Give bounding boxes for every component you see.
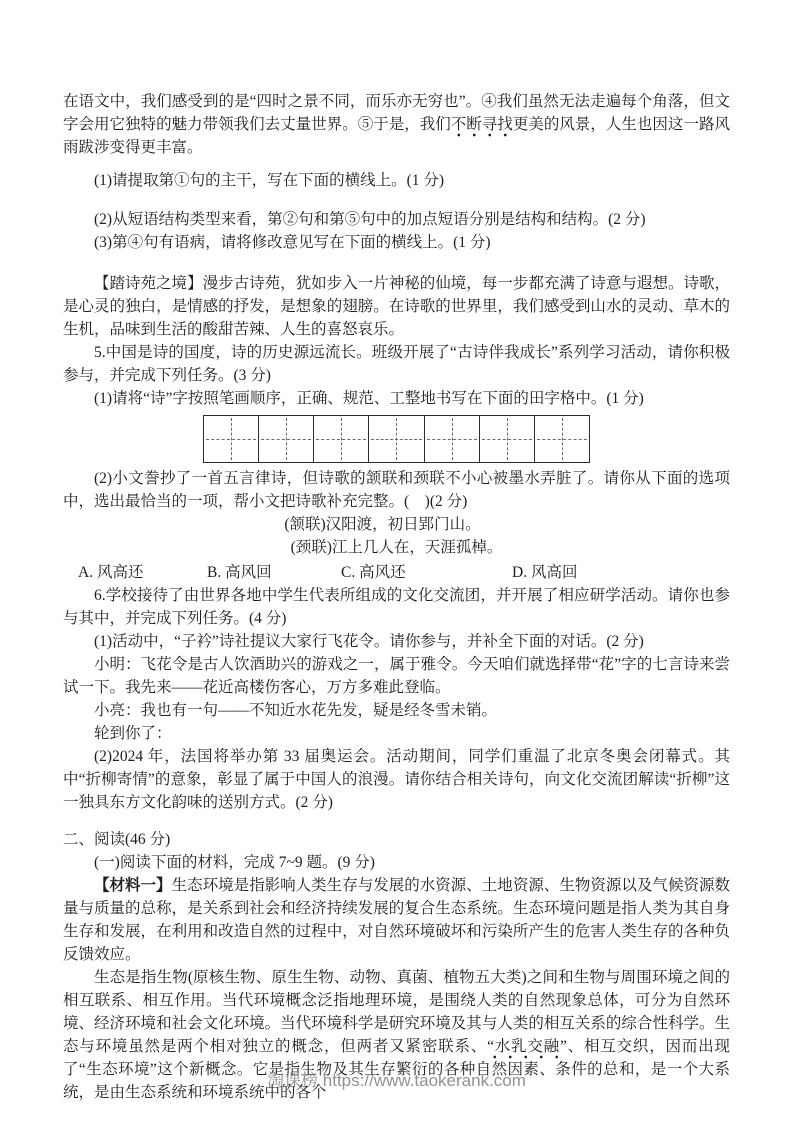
question-5-part-1: (1)请将“诗”字按照笔画顺序，正确、规范、工整地书写在下面的田字格中。(1 分… xyxy=(63,387,730,410)
tianzige-cell xyxy=(480,416,535,462)
material-1-label: 【材料一】 xyxy=(94,877,172,894)
exam-body: 在语文中，我们感受到的是“四时之景不同，而乐亦无穷也”。④我们虽然无法走遍每个角… xyxy=(63,90,730,1104)
tianzige-grid xyxy=(203,415,590,463)
tianzige-cell xyxy=(425,416,480,462)
question-5-stem: 5.中国是诗的国度，诗的历史源远流长。班级开展了“古诗伴我成长”系列学习活动，请… xyxy=(63,341,730,387)
material-1-paragraph-1: 【材料一】生态环境是指影响人类生存与发展的水资源、土地资源、生物资源以及气候资源… xyxy=(63,874,730,966)
option-a: A. 风高还 xyxy=(78,561,143,584)
dialog-xiaoming: 小明：飞花令是古人饮酒助兴的游戏之一，属于雅令。今天咱们就选择带“花”字的七言诗… xyxy=(63,653,730,699)
tianzige-cell xyxy=(314,416,369,462)
question-6-stem: 6.学校接待了由世界各地中学生代表所组成的文化交流团，并开展了相应研学活动。请你… xyxy=(63,584,730,630)
tianzige-cell xyxy=(259,416,314,462)
question-6-part-2: (2)2024 年，法国将举办第 33 届奥运会。活动期间，同学们重温了北京冬奥… xyxy=(63,745,730,814)
question-4-part-3: (3)第④句有语病，请将修改意见写在下面的横线上。(1 分) xyxy=(63,231,730,254)
couplet-jinglian: (颈联)江上几人在，天涯孤棹。 xyxy=(63,536,730,559)
option-c: C. 高风还 xyxy=(341,561,406,584)
section-2-heading: 二、阅读(46 分) xyxy=(63,828,730,851)
option-d: D. 风高回 xyxy=(512,561,577,584)
poetry-garden-intro: 【踏诗苑之境】漫步古诗苑，犹如步入一片神秘的仙境，每一步都充满了诗意与遐想。诗歌… xyxy=(63,272,730,341)
emphasized-phrase: 不断寻找 xyxy=(451,116,513,137)
section-2-subheading: (一)阅读下面的材料，完成 7~9 题。(9 分) xyxy=(63,851,730,874)
question-5-part-2: (2)小文誊抄了一首五言律诗，但诗歌的颔联和颈联不小心被墨水弄脏了。请你从下面的… xyxy=(63,467,730,513)
question-4-part-2: (2)从短语结构类型来看，第②句和第⑤句中的加点短语分别是结构和结构。(2 分) xyxy=(63,208,730,231)
tianzige-cell xyxy=(535,416,589,462)
watermark-footer: 淘课榜 https://www.taokerank.com xyxy=(0,1066,793,1091)
couplet-hanlian: (颔联)汉阳渡，初日郢门山。 xyxy=(49,513,716,536)
tianzige-cell xyxy=(369,416,424,462)
question-4-part-1: (1)请提取第①句的主干，写在下面的横线上。(1 分) xyxy=(63,169,730,192)
emphasized-phrase-shuiru: “水乳交融” xyxy=(487,1038,567,1059)
intro-paragraph: 在语文中，我们感受到的是“四时之景不同，而乐亦无穷也”。④我们虽然无法走遍每个角… xyxy=(63,90,730,159)
dialog-xiaoliang: 小亮：我也有一句——不知近水花先发，疑是经冬雪未销。 xyxy=(63,699,730,722)
exam-paper-page: 在语文中，我们感受到的是“四时之景不同，而乐亦无穷也”。④我们虽然无法走遍每个角… xyxy=(0,0,793,1121)
option-b: B. 高风回 xyxy=(207,561,272,584)
choice-options-row: A. 风高还 B. 高风回 C. 高风还 D. 风高回 xyxy=(63,561,730,584)
tianzige-cell xyxy=(204,416,259,462)
question-6-part-1: (1)活动中，“子衿”诗社提议大家行飞花令。请你参与，并补全下面的对话。(2 分… xyxy=(63,630,730,653)
dialog-your-turn: 轮到你了： xyxy=(63,722,730,745)
